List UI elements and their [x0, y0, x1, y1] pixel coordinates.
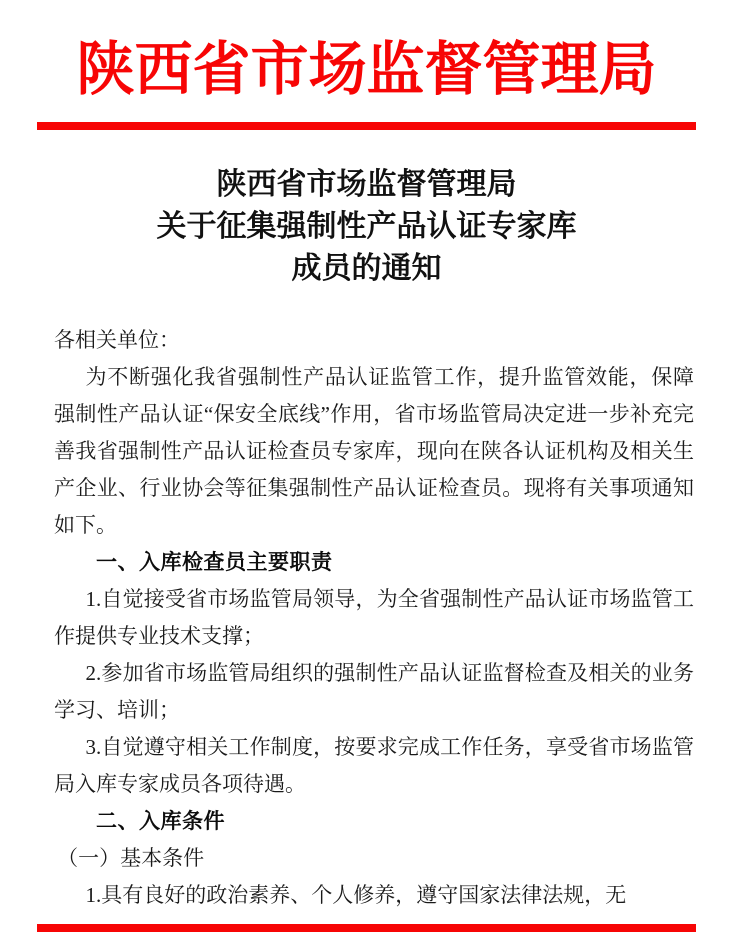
section-1-item-3: 3.自觉遵守相关工作制度，按要求完成工作任务，享受省市场监管局入库专家成员各项待…: [54, 729, 694, 803]
notice-title-line-3: 成员的通知: [0, 248, 733, 290]
section-1-item-2: 2.参加省市场监管局组织的强制性产品认证监督检查及相关的业务学习、培训；: [54, 655, 694, 729]
document-page: 陕西省市场监督管理局 陕西省市场监督管理局 关于征集强制性产品认证专家库 成员的…: [0, 0, 733, 950]
notice-body: 各相关单位： 为不断强化我省强制性产品认证监管工作，提升监管效能，保障强制性产品…: [54, 322, 694, 914]
section-2-subheading: （一）基本条件: [54, 840, 694, 877]
salutation: 各相关单位：: [54, 322, 694, 359]
notice-title-line-1: 陕西省市场监督管理局: [0, 164, 733, 206]
section-1-heading: 一、入库检查员主要职责: [54, 544, 694, 581]
letterhead-org-name: 陕西省市场监督管理局: [0, 30, 733, 110]
intro-paragraph: 为不断强化我省强制性产品认证监管工作，提升监管效能，保障强制性产品认证“保安全底…: [54, 359, 694, 544]
letterhead-double-rule: [37, 122, 696, 130]
footer-double-rule: [37, 924, 696, 932]
section-2-heading: 二、入库条件: [54, 803, 694, 840]
section-2-item-1: 1.具有良好的政治素养、个人修养，遵守国家法律法规，无: [54, 877, 694, 914]
notice-title-line-2: 关于征集强制性产品认证专家库: [0, 206, 733, 248]
notice-title: 陕西省市场监督管理局 关于征集强制性产品认证专家库 成员的通知: [0, 164, 733, 290]
section-1-item-1: 1.自觉接受省市场监管局领导，为全省强制性产品认证市场监管工作提供专业技术支撑；: [54, 581, 694, 655]
